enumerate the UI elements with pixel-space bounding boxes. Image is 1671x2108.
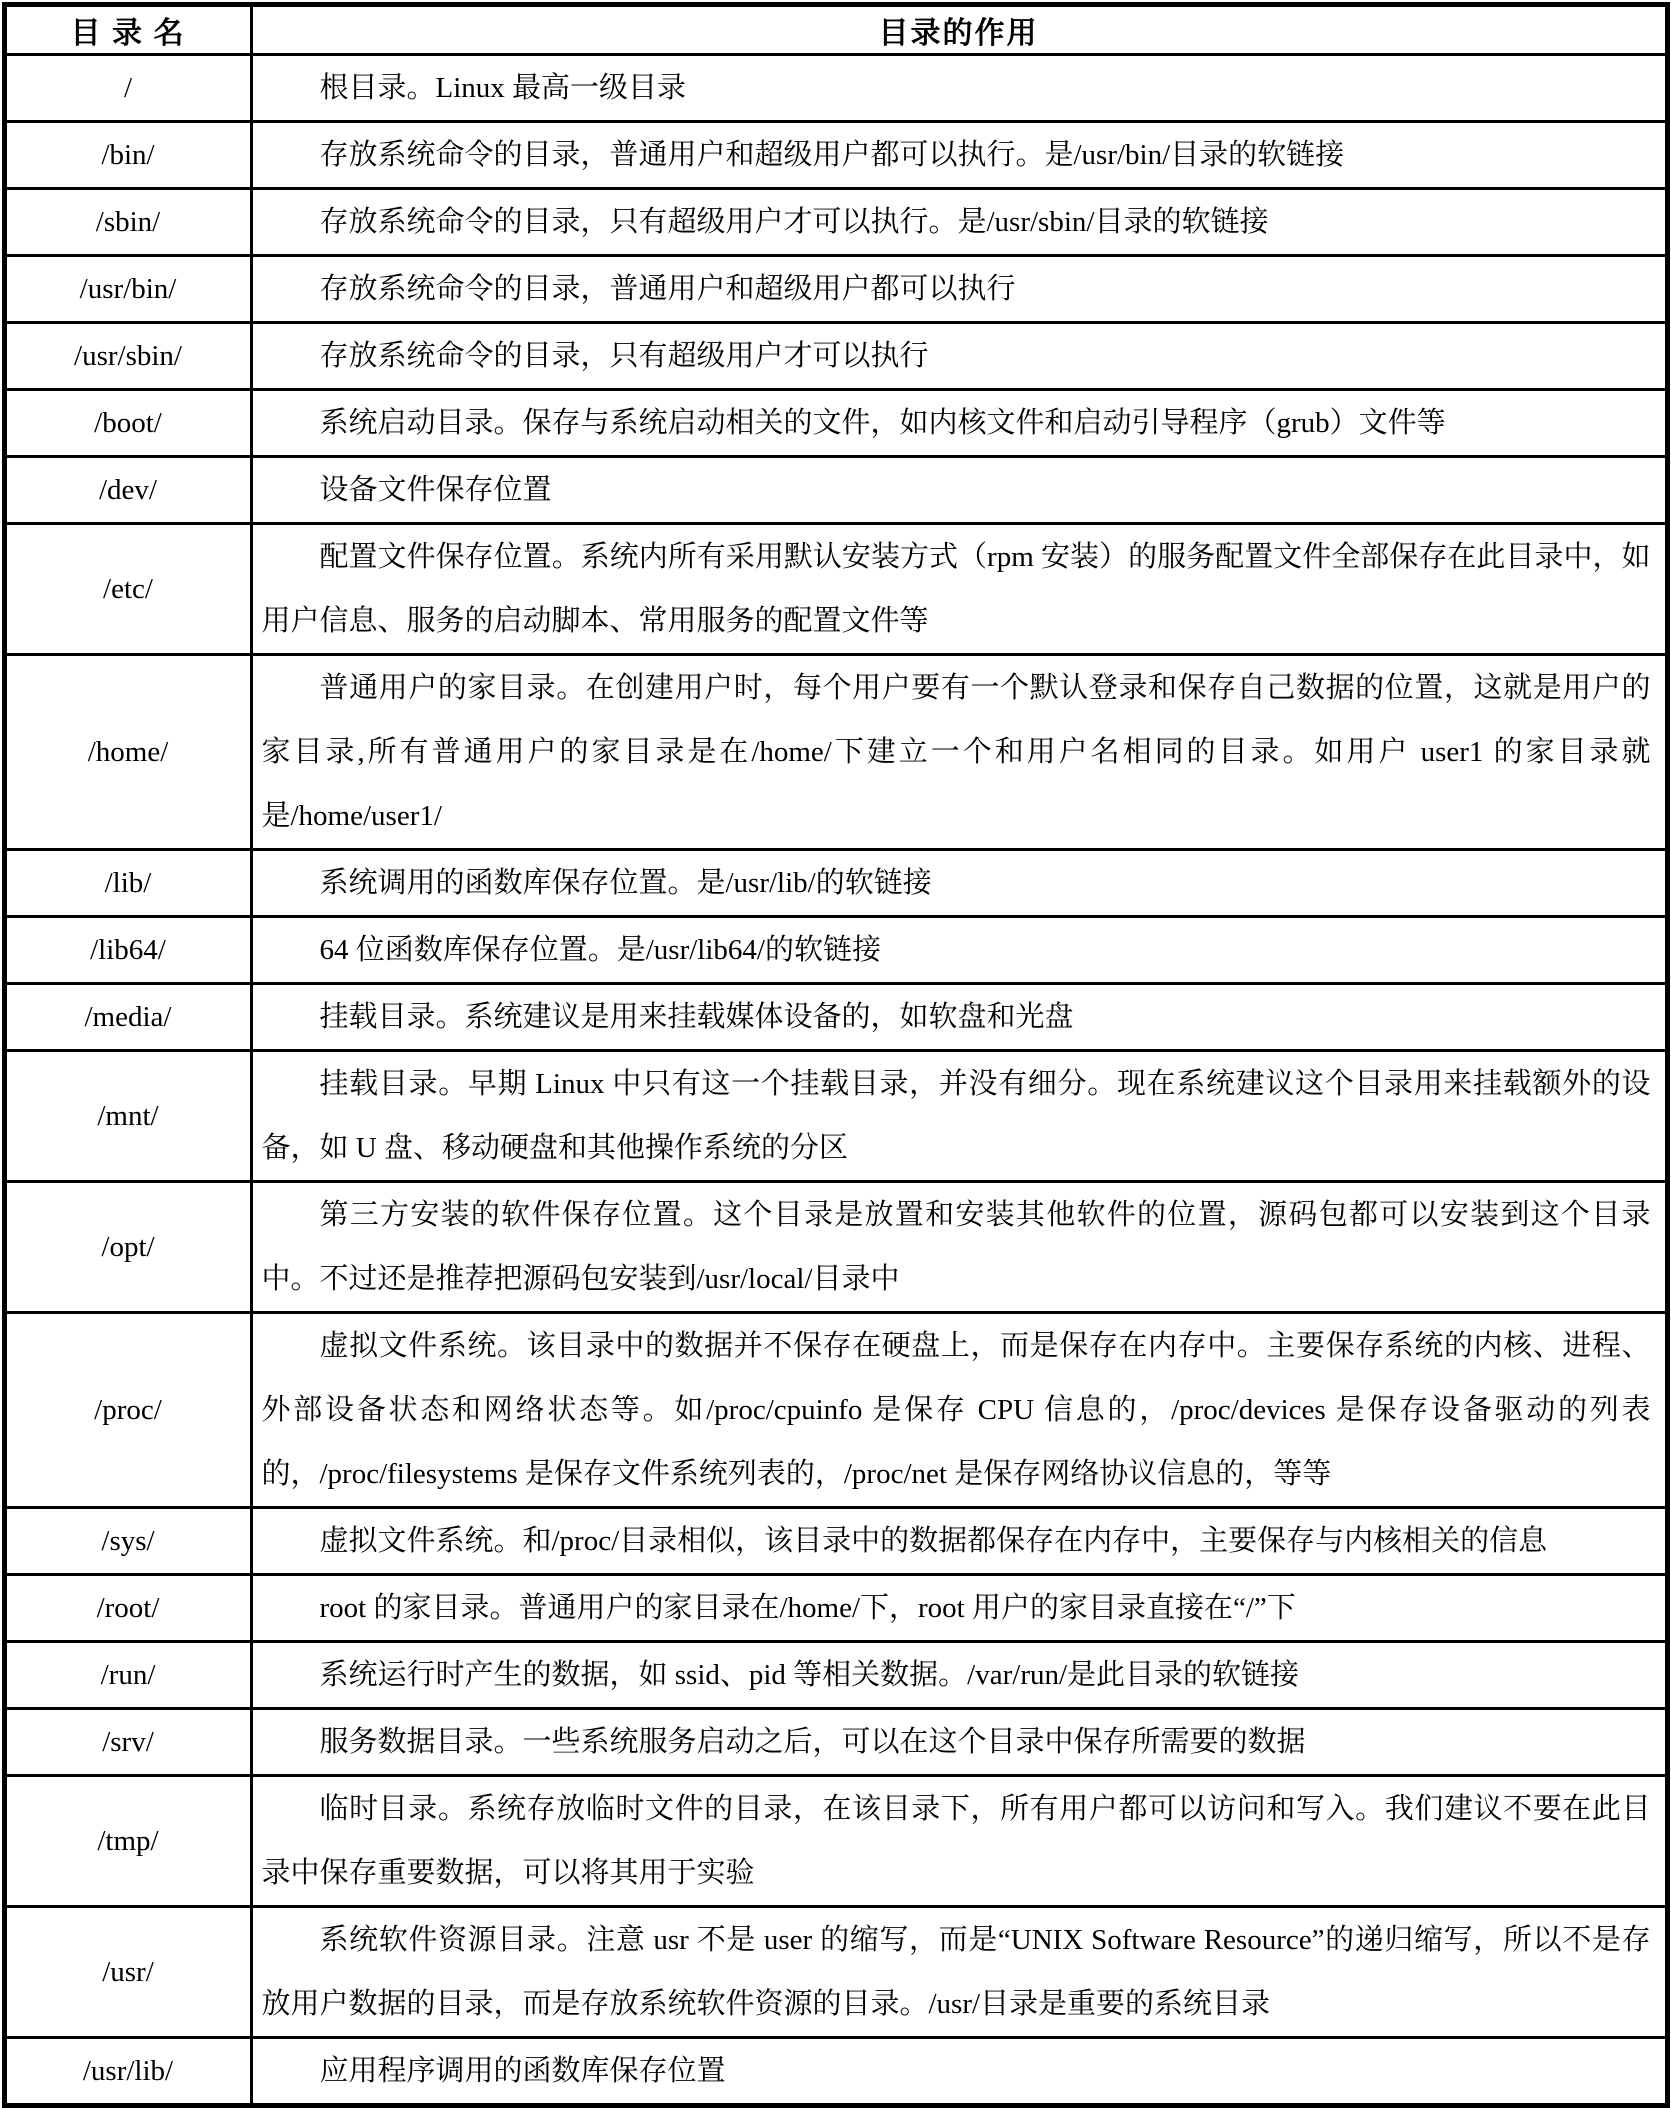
table-row: /lib64/ 64 位函数库保存位置。是/usr/lib64/的软链接 [4,917,1667,984]
table-row: /mnt/ 挂载目录。早期 Linux 中只有这一个挂载目录，并没有细分。现在系… [4,1051,1667,1182]
table-row: /usr/ 系统软件资源目录。注意 usr 不是 user 的缩写，而是“UNI… [4,1907,1667,2038]
directory-purpose-cell: 64 位函数库保存位置。是/usr/lib64/的软链接 [251,917,1667,984]
directory-purpose-cell: 系统软件资源目录。注意 usr 不是 user 的缩写，而是“UNIX Soft… [251,1907,1667,2038]
directory-name-cell: /usr/lib/ [4,2038,251,2106]
directory-name-cell: /usr/bin/ [4,256,251,323]
table-row: /usr/sbin/ 存放系统命令的目录，只有超级用户才可以执行 [4,323,1667,390]
directory-name-cell: /home/ [4,655,251,850]
table-row: /sbin/ 存放系统命令的目录，只有超级用户才可以执行。是/usr/sbin/… [4,189,1667,256]
directory-purpose-cell: 设备文件保存位置 [251,457,1667,524]
directory-name-cell: /sys/ [4,1508,251,1575]
linux-directory-table: 目 录 名 目录的作用 / 根目录。Linux 最高一级目录 /bin/ 存放系… [2,2,1670,2108]
directory-name-cell: /boot/ [4,390,251,457]
directory-name-cell: /sbin/ [4,189,251,256]
directory-purpose-cell: root 的家目录。普通用户的家目录在/home/下，root 用户的家目录直接… [251,1575,1667,1642]
header-row: 目 录 名 目录的作用 [4,5,1667,55]
directory-purpose-cell: 系统调用的函数库保存位置。是/usr/lib/的软链接 [251,850,1667,917]
document-page: 目 录 名 目录的作用 / 根目录。Linux 最高一级目录 /bin/ 存放系… [0,2,1671,1996]
header-directory-purpose: 目录的作用 [251,5,1667,55]
directory-name-cell: /bin/ [4,122,251,189]
directory-table-body: / 根目录。Linux 最高一级目录 /bin/ 存放系统命令的目录，普通用户和… [4,55,1667,2106]
directory-name-cell: /media/ [4,984,251,1051]
directory-name-cell: /tmp/ [4,1776,251,1907]
table-row: /tmp/ 临时目录。系统存放临时文件的目录，在该目录下，所有用户都可以访问和写… [4,1776,1667,1907]
table-row: /media/ 挂载目录。系统建议是用来挂载媒体设备的，如软盘和光盘 [4,984,1667,1051]
directory-purpose-cell: 配置文件保存位置。系统内所有采用默认安装方式（rpm 安装）的服务配置文件全部保… [251,524,1667,655]
table-row: /sys/ 虚拟文件系统。和/proc/目录相似，该目录中的数据都保存在内存中，… [4,1508,1667,1575]
table-row: /root/ root 的家目录。普通用户的家目录在/home/下，root 用… [4,1575,1667,1642]
directory-purpose-cell: 挂载目录。早期 Linux 中只有这一个挂载目录，并没有细分。现在系统建议这个目… [251,1051,1667,1182]
header-directory-name: 目 录 名 [4,5,251,55]
directory-name-cell: /mnt/ [4,1051,251,1182]
directory-name-cell: /usr/ [4,1907,251,2038]
table-row: /boot/ 系统启动目录。保存与系统启动相关的文件，如内核文件和启动引导程序（… [4,390,1667,457]
table-row: /home/ 普通用户的家目录。在创建用户时，每个用户要有一个默认登录和保存自己… [4,655,1667,850]
directory-purpose-cell: 应用程序调用的函数库保存位置 [251,2038,1667,2106]
directory-name-cell: /root/ [4,1575,251,1642]
directory-name-cell: /lib64/ [4,917,251,984]
directory-name-cell: /proc/ [4,1313,251,1508]
directory-purpose-cell: 系统运行时产生的数据，如 ssid、pid 等相关数据。/var/run/是此目… [251,1642,1667,1709]
directory-purpose-cell: 临时目录。系统存放临时文件的目录，在该目录下，所有用户都可以访问和写入。我们建议… [251,1776,1667,1907]
directory-purpose-cell: 系统启动目录。保存与系统启动相关的文件，如内核文件和启动引导程序（grub）文件… [251,390,1667,457]
directory-purpose-cell: 挂载目录。系统建议是用来挂载媒体设备的，如软盘和光盘 [251,984,1667,1051]
directory-name-cell: /run/ [4,1642,251,1709]
directory-purpose-cell: 存放系统命令的目录，普通用户和超级用户都可以执行 [251,256,1667,323]
table-row: /bin/ 存放系统命令的目录，普通用户和超级用户都可以执行。是/usr/bin… [4,122,1667,189]
directory-name-cell: /usr/sbin/ [4,323,251,390]
table-row: /etc/ 配置文件保存位置。系统内所有采用默认安装方式（rpm 安装）的服务配… [4,524,1667,655]
directory-purpose-cell: 虚拟文件系统。该目录中的数据并不保存在硬盘上，而是保存在内存中。主要保存系统的内… [251,1313,1667,1508]
table-row: /srv/ 服务数据目录。一些系统服务启动之后，可以在这个目录中保存所需要的数据 [4,1709,1667,1776]
directory-purpose-cell: 第三方安装的软件保存位置。这个目录是放置和安装其他软件的位置，源码包都可以安装到… [251,1182,1667,1313]
directory-purpose-cell: 存放系统命令的目录，普通用户和超级用户都可以执行。是/usr/bin/目录的软链… [251,122,1667,189]
directory-purpose-cell: 虚拟文件系统。和/proc/目录相似，该目录中的数据都保存在内存中，主要保存与内… [251,1508,1667,1575]
directory-purpose-cell: 根目录。Linux 最高一级目录 [251,55,1667,122]
table-row: /usr/lib/ 应用程序调用的函数库保存位置 [4,2038,1667,2106]
directory-purpose-cell: 服务数据目录。一些系统服务启动之后，可以在这个目录中保存所需要的数据 [251,1709,1667,1776]
directory-name-cell: /etc/ [4,524,251,655]
directory-name-cell: /opt/ [4,1182,251,1313]
table-row: / 根目录。Linux 最高一级目录 [4,55,1667,122]
table-row: /proc/ 虚拟文件系统。该目录中的数据并不保存在硬盘上，而是保存在内存中。主… [4,1313,1667,1508]
directory-name-cell: / [4,55,251,122]
directory-name-cell: /srv/ [4,1709,251,1776]
table-row: /dev/ 设备文件保存位置 [4,457,1667,524]
table-row: /opt/ 第三方安装的软件保存位置。这个目录是放置和安装其他软件的位置，源码包… [4,1182,1667,1313]
table-row: /usr/bin/ 存放系统命令的目录，普通用户和超级用户都可以执行 [4,256,1667,323]
directory-purpose-cell: 普通用户的家目录。在创建用户时，每个用户要有一个默认登录和保存自己数据的位置，这… [251,655,1667,850]
directory-name-cell: /dev/ [4,457,251,524]
table-row: /run/ 系统运行时产生的数据，如 ssid、pid 等相关数据。/var/r… [4,1642,1667,1709]
directory-purpose-cell: 存放系统命令的目录，只有超级用户才可以执行。是/usr/sbin/目录的软链接 [251,189,1667,256]
directory-purpose-cell: 存放系统命令的目录，只有超级用户才可以执行 [251,323,1667,390]
table-header: 目 录 名 目录的作用 [4,5,1667,55]
directory-name-cell: /lib/ [4,850,251,917]
table-row: /lib/ 系统调用的函数库保存位置。是/usr/lib/的软链接 [4,850,1667,917]
